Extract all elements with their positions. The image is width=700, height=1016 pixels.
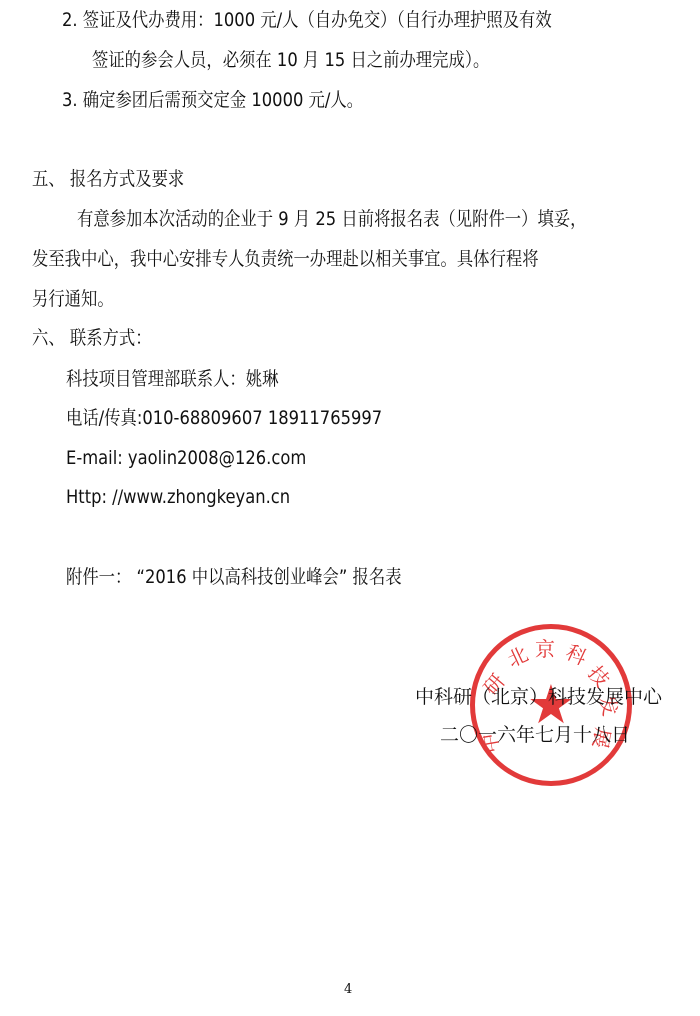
fee-item-2-line2: 签证的参会人员，必须在 10 月 15 日之前办理完成）。 [92,48,489,72]
contact-website: Http: //www.zhongkeyan.cn [66,485,290,509]
fee-item-3: 3. 确定参团后需预交定金 10000 元/人。 [62,88,363,112]
section6-heading: 六、 联系方式： [32,326,152,350]
section5-paragraph-line2: 发至我中心，我中心安排专人负责统一办理赴以相关事宜。具体行程将 [32,247,539,271]
attachment-note: 附件一： “2016 中以高科技创业峰会” 报名表 [66,565,402,589]
contact-phone: 电话/传真:010-68809607 18911765997 [66,406,382,430]
section5-heading: 五、 报名方式及要求 [32,167,184,191]
seal-text-fragment: 京 [535,633,555,662]
contact-email: E-mail: yaolin2008@126.com [66,446,306,470]
signature-date: 二〇一六年七月十八日 [440,723,630,747]
contact-person: 科技项目管理部联系人：姚琳 [66,367,278,391]
seal-text-fragment: 北 [502,638,532,673]
page-number: 4 [344,982,352,997]
section5-paragraph-line1: 有意参加本次活动的企业于 9 月 25 日前将报名表（见附件一）填妥， [77,207,586,231]
seal-text-fragment: 科 [562,636,592,671]
section5-paragraph-line3: 另行通知。 [32,287,114,311]
signature-organization: 中科研（北京）科技发展中心 [415,685,662,709]
fee-item-2-line1: 2. 签证及代办费用：1000 元/人（自办免交）（自行办理护照及有效 [62,8,552,32]
